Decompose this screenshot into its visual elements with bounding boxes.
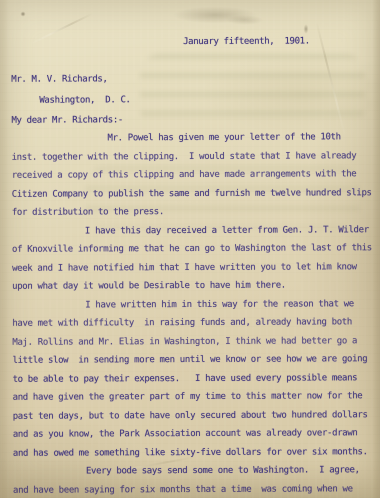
date-line: January fifteenth, 1901.: [183, 36, 310, 47]
letter-page: January fifteenth, 1901. Mr. M. V. Richa…: [0, 0, 380, 498]
letter-line: to be able to pay their expenses. I have…: [13, 369, 379, 389]
letter-line: I have this day received a letter from G…: [12, 221, 378, 241]
letter-line: for distribution to the press.: [12, 202, 378, 222]
letter-line: of Knoxville informing me that he can go…: [12, 239, 378, 259]
letter-line: received a copy of this clipping and hav…: [12, 165, 378, 185]
letter-line: and as you know, the Park Association ac…: [13, 424, 379, 444]
letter-line: Every bode says send some one to Washing…: [13, 461, 379, 481]
letter-line: inst. together with the clipping. I woul…: [12, 147, 378, 167]
letter-line: and have been saying for six months that…: [13, 480, 379, 498]
letter-line: little slow in sending more men until we…: [12, 350, 378, 370]
letter-line: and have given the greater part of my ti…: [13, 387, 379, 407]
letter-line: week and I have notified him that I have…: [12, 258, 378, 278]
letter-line: and has owed me something like sixty-fiv…: [13, 443, 379, 463]
letter-line: have met with difficulty in raising fund…: [12, 313, 378, 333]
recipient-city: Washington, D. C.: [39, 95, 130, 105]
letter-content: January fifteenth, 1901. Mr. M. V. Richa…: [0, 0, 380, 498]
letter-line: Maj. Rollins and Mr. Elias in Washington…: [12, 332, 378, 352]
recipient-name: Mr. M. V. Richards,: [11, 74, 107, 84]
letter-body: Mr. Powel has given me your letter of th…: [11, 128, 379, 498]
letter-line: I have written him in this way for the r…: [12, 295, 378, 315]
letter-line: past ten days, but to date have only sec…: [13, 406, 379, 426]
letter-line: upon what day it would be Desirable to h…: [12, 276, 378, 296]
letter-line: Mr. Powel has given me your letter of th…: [11, 128, 377, 148]
letter-line: Citizen Company to publish the same and …: [12, 184, 378, 204]
salutation: My dear Mr. Richards:-: [11, 115, 123, 125]
